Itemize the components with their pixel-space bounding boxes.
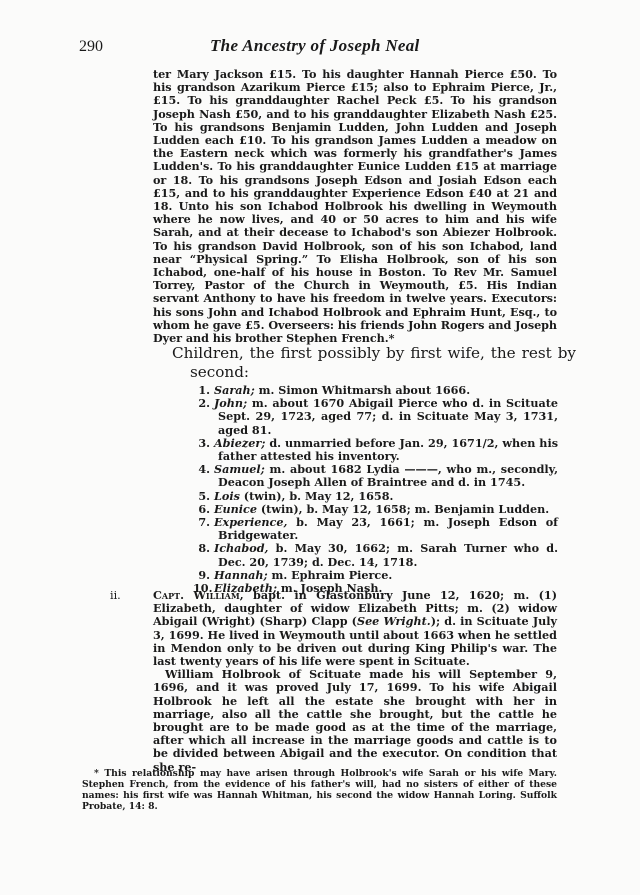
child-details: m. about 1670 Abigail Pierce who d. in S… <box>218 396 558 436</box>
page-number: 290 <box>79 38 103 56</box>
child-number: 8. <box>193 542 214 555</box>
child-entry: 3.Abiezer; d. unmarried before Jan. 29, … <box>172 437 558 463</box>
section-ii: ii. Capt. William, bapt. in Glastonbury … <box>153 589 557 774</box>
child-name: Lois <box>214 489 240 503</box>
children-list: 1.Sarah; m. Simon Whitmarsh about 1666.2… <box>172 384 558 595</box>
child-name: Ichabod, <box>214 541 268 555</box>
child-name: Samuel; <box>214 462 265 476</box>
child-name: Abiezer; <box>214 436 265 450</box>
section-roman-numeral: ii. <box>110 589 121 602</box>
child-name: Eunice <box>214 502 257 516</box>
running-title: The Ancestry of Joseph Neal <box>210 36 420 56</box>
child-name: John; <box>214 396 247 410</box>
child-number: 7. <box>193 516 214 529</box>
child-details: d. unmarried before Jan. 29, 1671/2, whe… <box>218 436 558 463</box>
child-number: 4. <box>193 463 214 476</box>
child-details: m. about 1682 Lydia ———, who m., secondl… <box>218 462 558 489</box>
child-name: Hannah; <box>214 568 268 582</box>
cross-reference: See Wright. <box>357 614 431 628</box>
child-details: m. Simon Whitmarsh about 1666. <box>255 383 470 397</box>
child-number: 2. <box>193 397 214 410</box>
child-entry: 2.John; m. about 1670 Abigail Pierce who… <box>172 397 558 437</box>
child-details: m. Ephraim Pierce. <box>268 568 393 582</box>
will-paragraph: ter Mary Jackson £15. To his daughter Ha… <box>153 68 557 345</box>
child-entry: 7.Experience, b. May 23, 1661; m. Joseph… <box>172 516 558 542</box>
children-heading: Children, the first possibly by first wi… <box>172 344 576 382</box>
child-details: b. May 30, 1662; m. Sarah Turner who d. … <box>218 541 558 568</box>
child-name: Experience, <box>214 515 287 529</box>
section-ii-paragraph-2: William Holbrook of Scituate made his wi… <box>153 668 557 774</box>
child-name: Sarah; <box>214 383 255 397</box>
child-details: (twin), b. May 12, 1658. <box>240 489 393 503</box>
child-details: (twin), b. May 12, 1658; m. Benjamin Lud… <box>257 502 549 516</box>
footnote: * This relationship may have arisen thro… <box>82 768 557 812</box>
child-number: 3. <box>193 437 214 450</box>
section-ii-paragraph-1: Capt. William, bapt. in Glastonbury June… <box>153 589 557 668</box>
child-number: 5. <box>193 490 214 503</box>
child-entry: 4.Samuel; m. about 1682 Lydia ———, who m… <box>172 463 558 489</box>
person-name: Capt. William, <box>153 588 244 602</box>
child-entry: 8.Ichabod, b. May 30, 1662; m. Sarah Tur… <box>172 542 558 568</box>
